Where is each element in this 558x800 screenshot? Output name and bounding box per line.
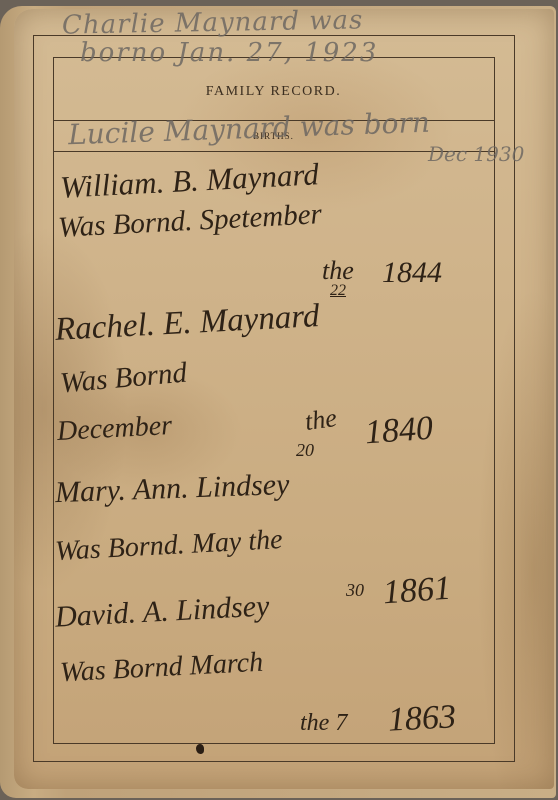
entry-year: 1844 (382, 256, 442, 290)
entry-day-word: the (303, 403, 339, 437)
entry-month: December (56, 410, 173, 448)
printed-title: FAMILY RECORD. (53, 84, 494, 100)
entry-year: 1863 (387, 698, 457, 740)
entry-day: 22 (330, 282, 346, 300)
entry-year: 1840 (364, 410, 434, 453)
entry-day-line: the 7 (300, 710, 347, 737)
pencil-note-charlie-line2: borno Jan. 27, 1923 (80, 38, 378, 68)
entry-year: 1861 (382, 570, 452, 613)
ink-blot (196, 744, 204, 754)
pencil-note-charlie-line1: Charlie Maynard was (62, 5, 364, 40)
entry-day: 20 (296, 440, 314, 461)
pencil-note-lucile-date: Dec 1930 (428, 142, 524, 166)
entry-day: 30 (346, 580, 364, 601)
